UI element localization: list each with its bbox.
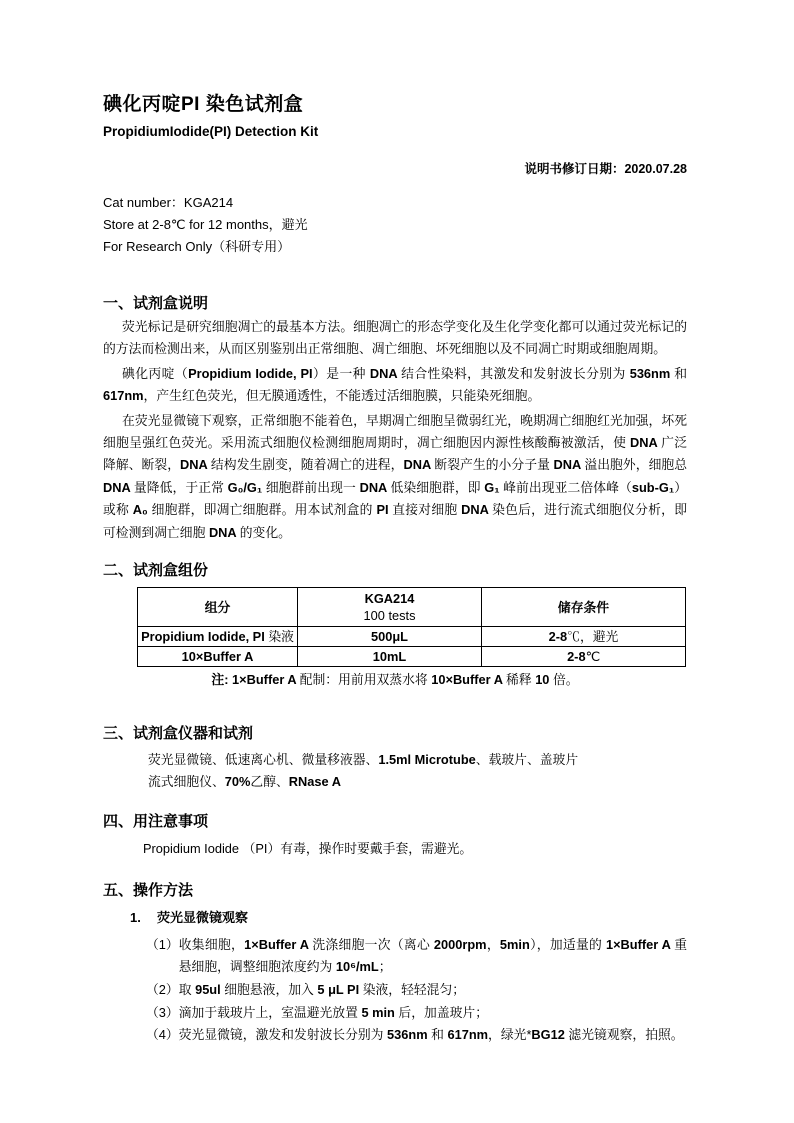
table-header-storage: 储存条件 xyxy=(482,588,686,627)
revision-date: 说明书修订日期：2020.07.28 xyxy=(103,161,687,178)
section-2-heading: 二、试剂盒组份 xyxy=(103,561,687,581)
procedure-steps: （1） 收集细胞，1×Buffer A 洗涤细胞一次（离心 2000rpm，5m… xyxy=(103,934,687,1047)
step-text: 收集细胞，1×Buffer A 洗涤细胞一次（离心 2000rpm，5min），… xyxy=(179,934,687,979)
section-1-heading: 一、试剂盒说明 xyxy=(103,294,687,314)
cell-storage: 2-8℃，避光 xyxy=(482,627,686,647)
subsection-title: 荧光显微镜观察 xyxy=(157,910,248,925)
section-precautions: 四、用注意事项 Propidium Iodide （PI）有毒，操作时要戴手套，… xyxy=(103,812,687,857)
table-header-row: 组分 KGA214 100 tests 储存条件 xyxy=(138,588,686,627)
note-text: 1×Buffer A 配制：用前用双蒸水将 10×Buffer A 稀释 10 … xyxy=(228,672,578,687)
instruments-line: 荧光显微镜、低速离心机、微量移液器、1.5ml Microtube、载玻片、盖玻… xyxy=(148,749,687,771)
cell-component: 10×Buffer A xyxy=(138,647,298,667)
instruments-line: 流式细胞仪、70%乙醇、RNase A xyxy=(148,771,687,793)
table-row: Propidium Iodide, PI 染液 500μL 2-8℃，避光 xyxy=(138,627,686,647)
note-label: 注: xyxy=(211,672,228,687)
table-header-component: 组分 xyxy=(138,588,298,627)
procedure-subsection-heading: 1.荧光显微镜观察 xyxy=(103,909,687,926)
section-3-heading: 三、试剂盒仪器和试剂 xyxy=(103,724,687,744)
components-table: 组分 KGA214 100 tests 储存条件 Propidium Iodid… xyxy=(137,587,686,667)
cell-amount: 10mL xyxy=(298,647,482,667)
section-instruments-reagents: 三、试剂盒仪器和试剂 荧光显微镜、低速离心机、微量移液器、1.5ml Micro… xyxy=(103,724,687,794)
product-meta: Cat number：KGA214 Store at 2-8℃ for 12 m… xyxy=(103,192,687,258)
step-text: 取 95ul 细胞悬液，加入 5 μL PI 染液，轻轻混匀； xyxy=(179,979,687,1002)
table-row: 10×Buffer A 10mL 2-8℃ xyxy=(138,647,686,667)
table-header-tests: 100 tests xyxy=(300,607,479,624)
description-paragraph: 碘化丙啶（Propidium Iodide, PI）是一种 DNA 结合性染料，… xyxy=(103,363,687,408)
procedure-step: （4） 荧光显微镜，激发和发射波长分别为 536nm 和 617nm，绿光*BG… xyxy=(146,1024,687,1047)
section-kit-description: 一、试剂盒说明 荧光标记是研究细胞凋亡的最基本方法。细胞凋亡的形态学变化及生化学… xyxy=(103,294,687,544)
instruments-list: 荧光显微镜、低速离心机、微量移液器、1.5ml Microtube、载玻片、盖玻… xyxy=(103,749,687,794)
cell-amount: 500μL xyxy=(298,627,482,647)
subsection-number: 1. xyxy=(130,909,157,926)
procedure-step: （3） 滴加于载玻片上，室温避光放置 5 min 后，加盖玻片； xyxy=(146,1002,687,1025)
step-marker: （1） xyxy=(146,934,179,979)
step-marker: （4） xyxy=(146,1024,179,1047)
procedure-step: （1） 收集细胞，1×Buffer A 洗涤细胞一次（离心 2000rpm，5m… xyxy=(146,934,687,979)
step-text: 滴加于载玻片上，室温避光放置 5 min 后，加盖玻片； xyxy=(179,1002,687,1025)
table-note: 注: 1×Buffer A 配制：用前用双蒸水将 10×Buffer A 稀释 … xyxy=(103,671,687,688)
section-4-heading: 四、用注意事项 xyxy=(103,812,687,832)
document-page: 碘化丙啶PI 染色试剂盒 PropidiumIodide(PI) Detecti… xyxy=(0,0,794,1123)
section-5-heading: 五、操作方法 xyxy=(103,881,687,901)
catalog-number: Cat number：KGA214 xyxy=(103,192,687,214)
step-marker: （2） xyxy=(146,979,179,1002)
cell-component: Propidium Iodide, PI 染液 xyxy=(138,627,298,647)
description-paragraph: 荧光标记是研究细胞凋亡的最基本方法。细胞凋亡的形态学变化及生化学变化都可以通过荧… xyxy=(103,316,687,361)
page-title-zh: 碘化丙啶PI 染色试剂盒 xyxy=(103,93,687,117)
section-procedure: 五、操作方法 1.荧光显微镜观察 （1） 收集细胞，1×Buffer A 洗涤细… xyxy=(103,881,687,1047)
page-title-en: PropidiumIodide(PI) Detection Kit xyxy=(103,123,687,141)
section-kit-components: 二、试剂盒组份 组分 KGA214 100 tests 储存条件 Propidi… xyxy=(103,561,687,688)
table-header-catalog-number: KGA214 xyxy=(300,590,479,607)
step-text: 荧光显微镜，激发和发射波长分别为 536nm 和 617nm，绿光*BG12 滤… xyxy=(179,1024,687,1047)
procedure-step: （2） 取 95ul 细胞悬液，加入 5 μL PI 染液，轻轻混匀； xyxy=(146,979,687,1002)
description-paragraph: 在荧光显微镜下观察，正常细胞不能着色，早期凋亡细胞呈微弱红光，晚期凋亡细胞红光加… xyxy=(103,410,687,544)
table-header-catalog: KGA214 100 tests xyxy=(298,588,482,627)
precaution-text: Propidium Iodide （PI）有毒，操作时要戴手套，需避光。 xyxy=(103,840,687,857)
cell-storage: 2-8℃ xyxy=(482,647,686,667)
research-only-note: For Research Only（科研专用） xyxy=(103,236,687,258)
storage-condition: Store at 2-8℃ for 12 months，避光 xyxy=(103,214,687,236)
step-marker: （3） xyxy=(146,1002,179,1025)
